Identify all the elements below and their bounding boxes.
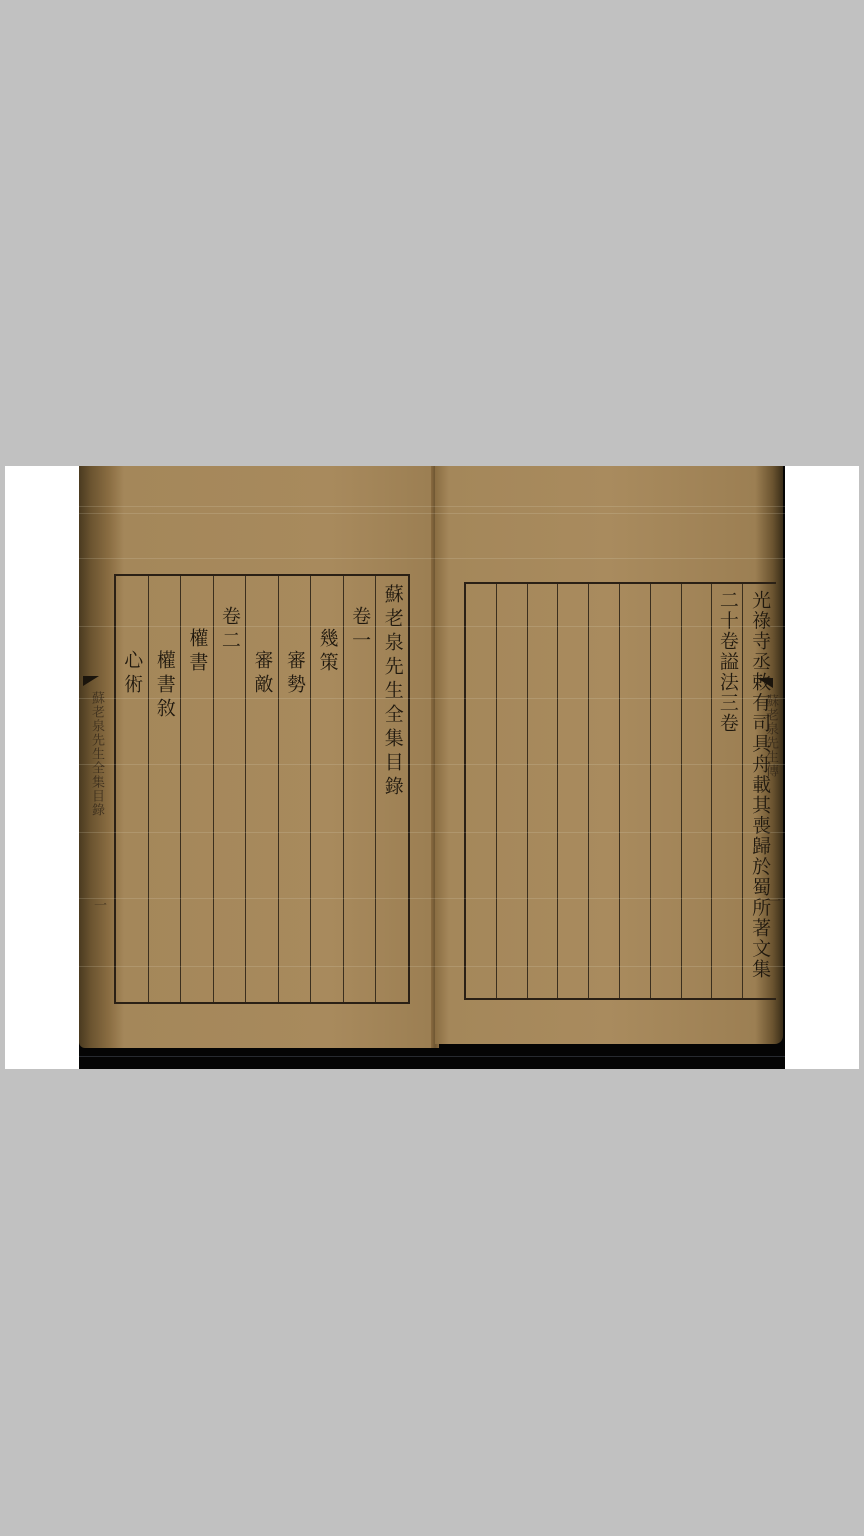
right-spine-page-number: 一 — [763, 894, 782, 908]
text-column — [496, 584, 527, 998]
scan-artifact-line — [79, 513, 785, 514]
text-column — [466, 584, 496, 998]
toc-entry[interactable]: 權書敘 — [155, 650, 174, 722]
left-text-grid: 蘇老泉先生全集目錄 卷一 幾策 審勢 審敵 卷二 權書 權書敘 — [114, 574, 410, 1004]
toc-volume-heading[interactable]: 卷一 — [350, 606, 369, 654]
scan-artifact-line — [79, 832, 785, 833]
fishtail-mark-icon — [83, 676, 99, 686]
toc-entry[interactable]: 審敵 — [252, 650, 271, 698]
left-spine-title: 蘇老泉先生全集目錄 — [87, 691, 106, 817]
toc-volume-heading[interactable]: 卷二 — [220, 606, 239, 654]
text-column — [650, 584, 681, 998]
toc-column: 心術 — [116, 576, 148, 1002]
scan-artifact-line — [79, 898, 785, 899]
right-text-grid: 光祿寺丞敕有司具舟載其喪歸於蜀所著文集 二十卷謚法三卷 — [464, 582, 776, 1000]
right-page: 光祿寺丞敕有司具舟載其喪歸於蜀所著文集 二十卷謚法三卷 蘇老泉先生傳 一 — [435, 466, 783, 1044]
body-text-line: 二十卷謚法三卷 — [718, 590, 737, 734]
toc-column: 幾策 — [310, 576, 343, 1002]
toc-column: 權書 — [180, 576, 213, 1002]
left-spine-page-number: 一 — [89, 898, 108, 912]
text-column — [619, 584, 650, 998]
text-column — [557, 584, 588, 998]
scan-artifact-line — [79, 698, 785, 699]
text-column — [527, 584, 558, 998]
toc-section-heading[interactable]: 幾策 — [318, 628, 337, 676]
text-column: 二十卷謚法三卷 — [711, 584, 742, 998]
scan-artifact-line — [79, 506, 785, 507]
left-page: 蘇老泉先生全集目錄 一 蘇老泉先生全集目錄 卷一 幾策 審勢 審敵 卷二 權書 — [79, 466, 437, 1048]
scan-artifact-line — [79, 966, 785, 967]
scan-artifact-line — [79, 1056, 785, 1057]
text-column — [588, 584, 619, 998]
toc-column: 卷二 — [213, 576, 246, 1002]
text-column — [681, 584, 712, 998]
scan-artifact-line — [79, 626, 785, 627]
text-column: 光祿寺丞敕有司具舟載其喪歸於蜀所著文集 — [742, 584, 776, 998]
body-text-line: 光祿寺丞敕有司具舟載其喪歸於蜀所著文集 — [750, 590, 769, 980]
toc-column: 權書敘 — [148, 576, 181, 1002]
fishtail-mark-icon — [757, 678, 773, 688]
toc-column: 卷一 — [343, 576, 376, 1002]
toc-entry[interactable]: 審勢 — [285, 650, 304, 698]
toc-column: 審勢 — [278, 576, 311, 1002]
toc-section-heading[interactable]: 權書 — [187, 628, 206, 676]
toc-column: 審敵 — [245, 576, 278, 1002]
toc-column: 蘇老泉先生全集目錄 — [375, 576, 408, 1002]
right-spine-title: 蘇老泉先生傳 — [761, 694, 780, 778]
toc-entry[interactable]: 心術 — [122, 650, 141, 698]
scan-artifact-line — [79, 558, 785, 559]
toc-title: 蘇老泉先生全集目錄 — [383, 584, 402, 800]
scanned-book-spread: 蘇老泉先生全集目錄 一 蘇老泉先生全集目錄 卷一 幾策 審勢 審敵 卷二 權書 — [79, 466, 785, 1069]
scan-artifact-line — [79, 764, 785, 765]
